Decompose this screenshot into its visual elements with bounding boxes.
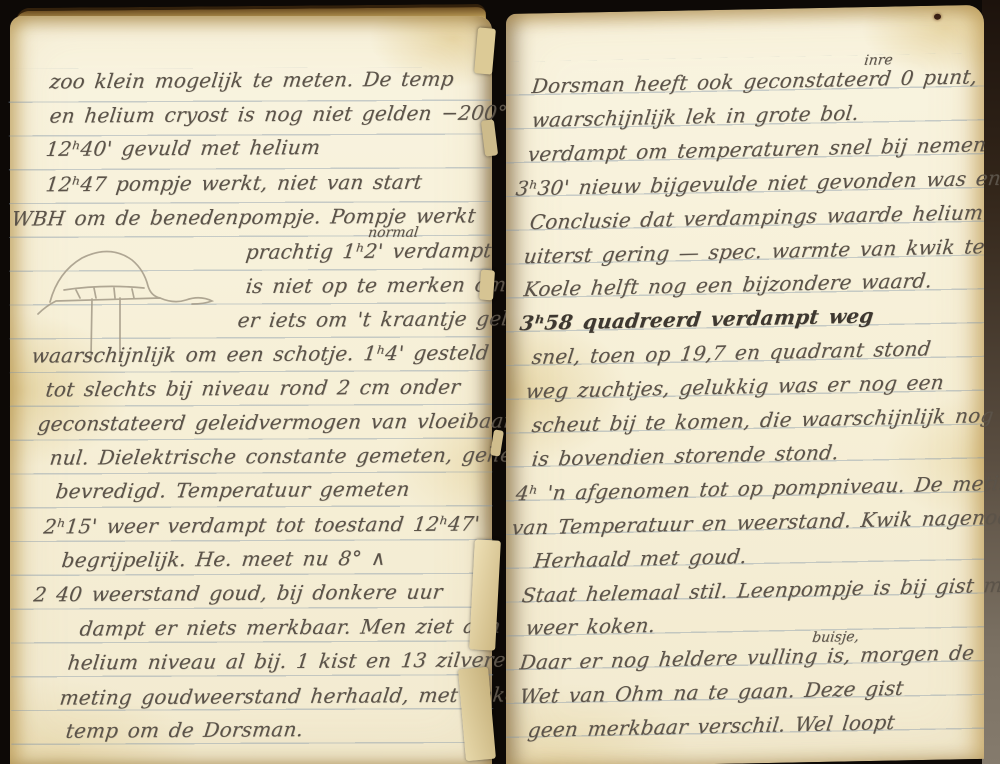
handwritten-line: scheut bij te komen, die waarschijnlijk … <box>531 405 995 435</box>
left-page: zoo klein mogelijk te meten. De tempen h… <box>10 16 492 764</box>
handwritten-line: Staat helemaal stil. Leenpompje is bij g… <box>521 574 1000 605</box>
inserted-word: normal <box>367 226 419 240</box>
handwritten-line: bevredigd. Temperatuur gemeten <box>55 479 411 501</box>
handwritten-line: waarschijnlijk lek in grote bol. <box>531 103 860 130</box>
handwritten-line: is niet op te merken om dat <box>245 274 551 296</box>
handwritten-line: tot slechts bij niveau rond 2 cm onder <box>45 376 462 399</box>
handwritten-line: en helium cryost is nog niet gelden −200… <box>49 103 533 126</box>
handwritten-line: 2 40 weerstand goud, bij donkere uur <box>33 582 444 605</box>
inserted-word: inre <box>863 53 893 68</box>
handwritten-line: Daar er nog heldere vulling is, morgen d… <box>519 643 976 673</box>
handwritten-line: zoo klein mogelijk te meten. De temp <box>49 69 455 92</box>
handwritten-line: Wet van Ohm na te gaan. Deze gist <box>519 678 905 706</box>
handwritten-line: begrijpelijk. He. meet nu 8° ∧ <box>61 548 388 570</box>
handwritten-line: prachtig 1ʰ2' verdamptnormal <box>245 240 493 262</box>
handwritten-line: verdampt om temperaturen snel bij nemen <box>527 134 988 164</box>
handwritten-line: geen merkbaar verschil. Wel loopt <box>527 712 896 740</box>
inserted-word: buisje, <box>811 630 859 645</box>
handwritten-line: is bovendien storende stond. <box>531 442 840 469</box>
handwritten-line: 12ʰ47 pompje werkt, niet van start <box>45 171 424 194</box>
handwritten-line: 4ʰ 'n afgenomen tot op pompniveau. De me… <box>515 472 1000 503</box>
handwritten-line: geconstateerd geleidvermogen van vloeiba… <box>37 410 554 434</box>
handwritten-line: 3ʰ58 quadreerd verdampt weg <box>519 306 875 334</box>
torn-paper-scrap <box>479 270 495 301</box>
handwritten-line: uiterst gering — spec. warmte van kwik t… <box>523 236 986 266</box>
handwritten-line: 2ʰ15' weer verdampt tot toestand 12ʰ47' <box>43 513 481 536</box>
handwritten-line: temp om de Dorsman. <box>65 719 305 741</box>
handwritten-line: Koele helft nog een bijzondere waard. <box>523 271 934 300</box>
handwritten-line: van Temperatuur en weerstand. Kwik nagen… <box>511 505 1000 537</box>
handwritten-line: weer koken. <box>525 615 657 638</box>
handwriting-left: zoo klein mogelijk te meten. De tempen h… <box>10 16 492 764</box>
right-page: Dorsman heeft ook geconstateerd 0 punt,i… <box>506 5 984 764</box>
handwritten-line: Dorsman heeft ook geconstateerd 0 punt,i… <box>531 66 979 96</box>
handwritten-line: 12ʰ40' gevuld met helium <box>45 137 322 159</box>
handwriting-right: Dorsman heeft ook geconstateerd 0 punt,i… <box>506 5 984 764</box>
handwritten-line: waarschijnlijk om een schotje. 1ʰ4' gest… <box>31 342 491 365</box>
handwritten-line: helium niveau al bij. 1 kist en 13 zilve… <box>67 650 520 673</box>
handwritten-line: nul. Dielektrische constante gemeten, ge… <box>49 445 532 468</box>
handwritten-line: 3ʰ30' nieuw bijgevulde niet gevonden was… <box>515 168 1000 199</box>
handwritten-line: snel, toen op 19,7 en quadrant stond <box>531 338 932 367</box>
handwritten-line: Conclusie dat verdampings waarde helium <box>529 202 985 232</box>
notebook-scan: zoo klein mogelijk te meten. De tempen h… <box>0 0 1000 764</box>
torn-paper-scrap <box>474 27 496 74</box>
handwritten-line: Herhaald met goud. <box>533 546 748 571</box>
handwritten-line: weg zuchtjes, gelukkig was er nog een <box>525 372 945 401</box>
scan-edge-strip <box>982 0 1000 764</box>
